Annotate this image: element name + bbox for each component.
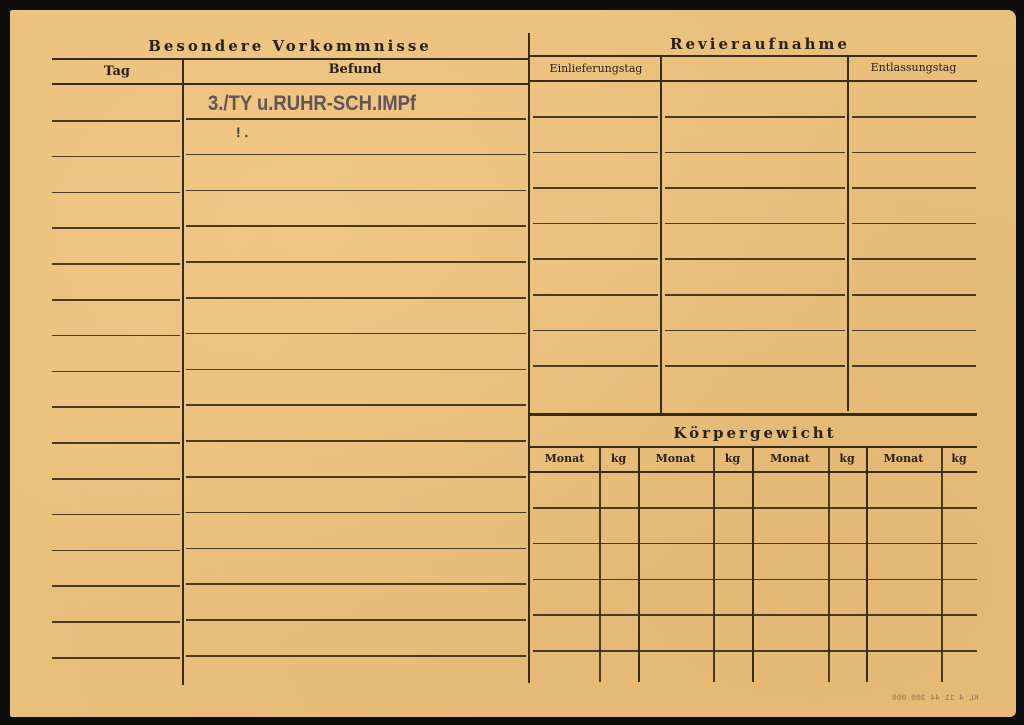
table-row-line — [186, 225, 526, 227]
table-row-line — [186, 404, 526, 406]
column-header-kg: kg — [828, 452, 866, 465]
table-row-line — [533, 152, 658, 154]
table-row-line — [533, 116, 658, 118]
table-row-line — [52, 585, 180, 587]
column-header-kg: kg — [713, 452, 752, 465]
table-row-line — [186, 190, 526, 192]
table-row-line — [52, 621, 180, 623]
table-row-line — [52, 478, 180, 480]
column-header-monat: Monat — [752, 452, 828, 465]
column-divider — [713, 448, 715, 682]
table-row-line — [533, 543, 977, 545]
table-row-line — [186, 512, 526, 514]
table-row-line — [186, 297, 526, 299]
divider-line — [530, 55, 977, 57]
table-row-line — [186, 548, 526, 550]
table-row-line — [533, 187, 658, 189]
table-row-line — [533, 330, 658, 332]
print-mark: KL 4 11 44 300 000 — [892, 694, 978, 703]
table-row-line — [665, 294, 845, 296]
table-row-line — [186, 655, 526, 657]
table-row-line — [186, 154, 526, 156]
column-divider — [599, 448, 601, 682]
table-row-line — [186, 440, 526, 442]
table-row-line — [52, 514, 180, 516]
table-row-line — [533, 223, 658, 225]
column-divider — [660, 57, 662, 413]
table-row-line — [665, 258, 845, 260]
table-row-line — [533, 294, 658, 296]
section-divider-thick — [530, 413, 977, 416]
table-row-line — [852, 365, 976, 367]
table-row-line — [186, 583, 526, 585]
table-row-line — [533, 507, 977, 509]
column-divider — [182, 58, 184, 685]
section-title-revieraufnahme: Revieraufnahme — [640, 35, 880, 53]
table-row-line — [186, 476, 526, 478]
table-row-line — [52, 657, 180, 659]
table-row-line — [52, 371, 180, 373]
handwritten-marks: ! . — [236, 124, 248, 140]
table-row-line — [665, 152, 845, 154]
table-row-line — [533, 258, 658, 260]
divider-line — [52, 83, 528, 85]
column-divider — [866, 448, 868, 682]
column-divider — [847, 57, 849, 411]
table-row-line — [665, 116, 845, 118]
table-row-line — [665, 330, 845, 332]
column-header-monat: Monat — [638, 452, 713, 465]
column-header-tag: Tag — [52, 64, 182, 79]
table-row-line — [186, 118, 526, 120]
table-row-line — [533, 650, 977, 652]
section-title-koerpergewicht: Körpergewicht — [650, 424, 860, 442]
table-row-line — [52, 263, 180, 265]
table-row-line — [852, 187, 976, 189]
column-divider — [941, 448, 943, 682]
table-row-line — [52, 192, 180, 194]
table-row-line — [52, 406, 180, 408]
table-row-line — [52, 442, 180, 444]
table-row-line — [852, 294, 976, 296]
column-header-monat: Monat — [866, 452, 941, 465]
table-row-line — [665, 223, 845, 225]
table-row-line — [52, 335, 180, 337]
table-row-line — [533, 365, 658, 367]
table-row-line — [852, 330, 976, 332]
section-divider — [528, 33, 530, 683]
column-header-befund: Befund — [182, 62, 528, 77]
table-row-line — [52, 156, 180, 158]
column-divider — [828, 448, 830, 682]
divider-line — [52, 58, 528, 60]
table-row-line — [852, 258, 976, 260]
table-row-line — [186, 369, 526, 371]
column-header-einlieferungstag: Einlieferungstag — [532, 62, 660, 75]
table-row-line — [852, 223, 976, 225]
table-row-line — [852, 152, 976, 154]
table-row-line — [533, 614, 977, 616]
table-row-line — [186, 619, 526, 621]
table-row-line — [852, 116, 976, 118]
divider-line — [530, 80, 977, 82]
column-header-monat: Monat — [530, 452, 599, 465]
table-row-line — [52, 227, 180, 229]
table-row-line — [52, 550, 180, 552]
table-row-line — [665, 187, 845, 189]
column-header-kg: kg — [599, 452, 638, 465]
table-row-line — [665, 365, 845, 367]
column-divider — [752, 448, 754, 682]
column-header-entlassungstag: Entlassungstag — [850, 61, 977, 74]
section-title-besondere-vorkommnisse: Besondere Vorkommnisse — [130, 37, 450, 55]
column-header-kg: kg — [941, 452, 977, 465]
stamped-entry: 3./TY u.RUHR-SCH.IMPf — [208, 92, 416, 116]
column-divider — [638, 448, 640, 682]
table-row-line — [533, 579, 977, 581]
table-row-line — [52, 120, 180, 122]
table-row-line — [186, 333, 526, 335]
table-row-line — [52, 299, 180, 301]
table-row-line — [186, 261, 526, 263]
